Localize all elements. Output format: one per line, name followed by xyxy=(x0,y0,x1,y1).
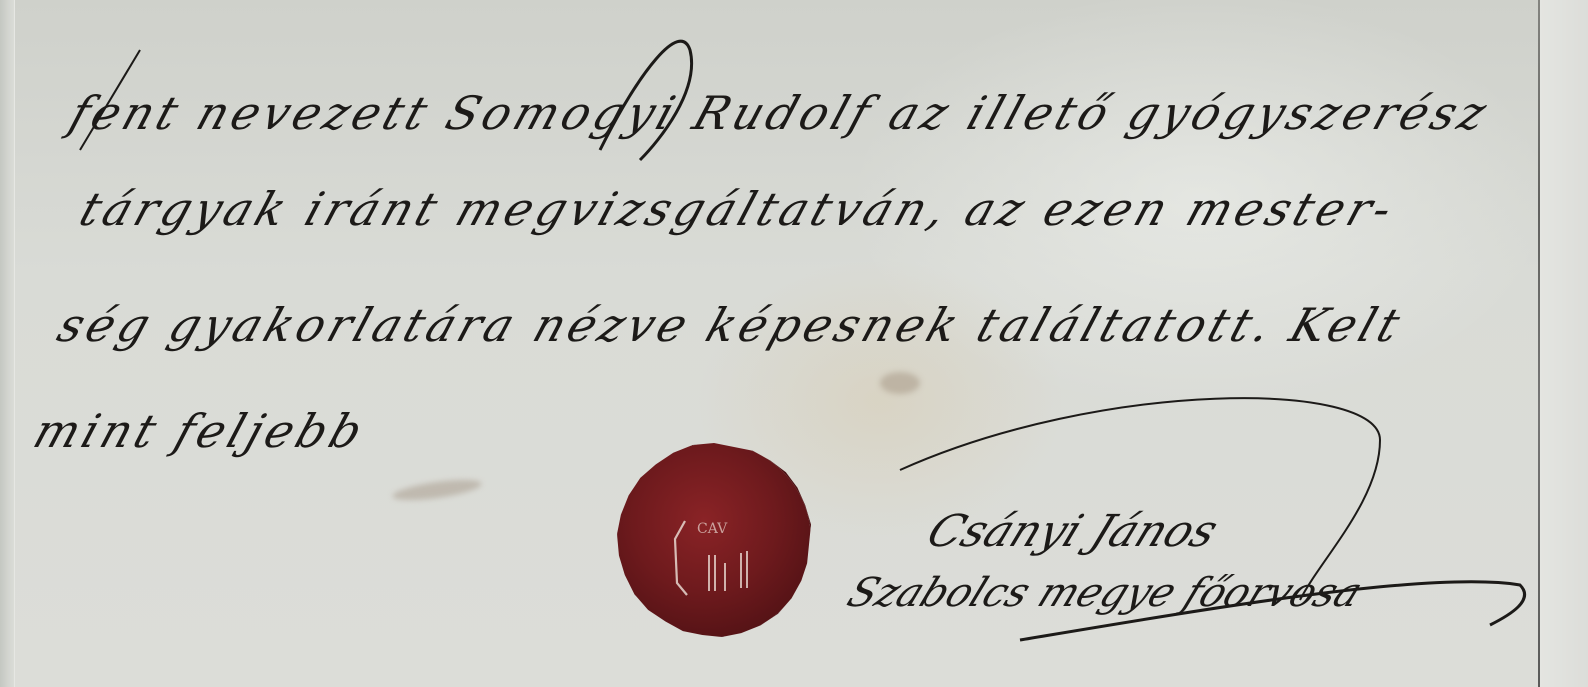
signature-name: Csányi János xyxy=(920,506,1226,557)
text-line-3: ség gyakorlatára nézve képesnek találtat… xyxy=(51,298,1410,352)
ink-stain xyxy=(880,372,920,394)
text-line-4: mint feljebb xyxy=(27,404,373,458)
signature-title: Szabolcs megye főorvosa xyxy=(841,570,1369,616)
paper-fold-line xyxy=(1538,0,1540,687)
text-line-2: tárgyak iránt megvizsgáltatván, az ezen … xyxy=(73,182,1403,236)
paper-right-flap xyxy=(1540,0,1588,687)
text-line-1: fent nevezett Somogyi Rudolf az illető g… xyxy=(63,86,1497,140)
svg-text:CAV: CAV xyxy=(697,521,728,537)
paper-left-edge xyxy=(0,0,15,687)
